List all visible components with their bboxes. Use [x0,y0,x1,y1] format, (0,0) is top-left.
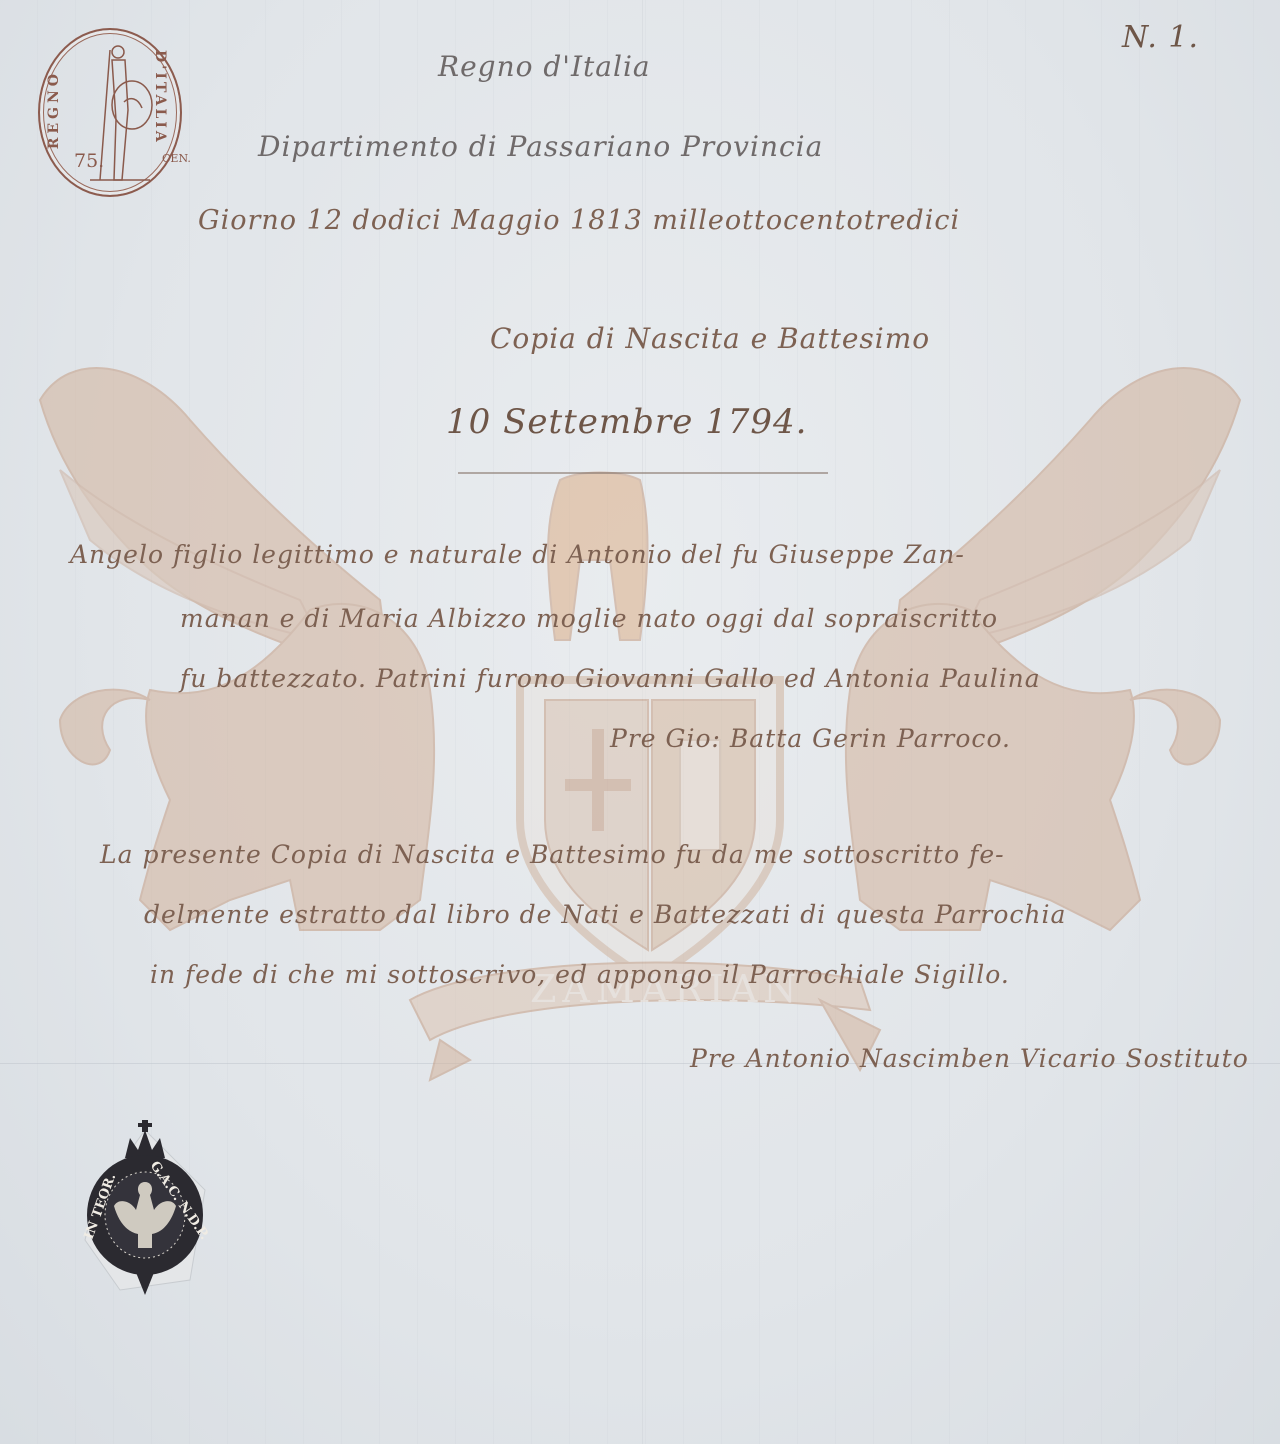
attestation-line-3: in fede di che mi sottoscrivo, ed appong… [150,960,1010,989]
stamp-legend-right: D'ITALIA [152,50,168,145]
header-department: Dipartimento di Passariano Provincia [258,130,823,163]
body-line-2: manan e di Maria Albizzo moglie nato ogg… [180,604,998,633]
divider-rule [458,472,828,474]
attestation-line-1: La presente Copia di Nascita e Battesimo… [100,840,1005,869]
parish-seal-icon: IN TEOR. G.A.C. N.D.P. [80,1120,210,1295]
header-issue-date: Giorno 12 dodici Maggio 1813 milleottoce… [198,205,960,236]
stamp-legend-left: REGNO [46,70,62,149]
document-title: Copia di Nascita e Battesimo [490,322,930,355]
document-page: ZAMARIAN REGNO D'ITALIA 75. CEN. N. 1. R… [0,0,1280,1444]
vicar-signature: Pre Antonio Nascimben Vicario Sostituto [690,1044,1249,1073]
stamp-unit: CEN. [162,152,191,165]
revenue-stamp: REGNO D'ITALIA 75. CEN. [38,28,182,197]
attestation-line-2: delmente estratto dal libro de Nati e Ba… [144,900,1066,929]
body-line-3: fu battezzato. Patrini furono Giovanni G… [180,664,1041,693]
stamp-denomination: 75. [74,150,104,172]
birth-date: 10 Settembre 1794. [446,402,807,442]
body-line-1: Angelo figlio legittimo e naturale di An… [70,540,965,569]
header-kingdom: Regno d'Italia [438,50,651,83]
page-number: N. 1. [1122,20,1199,55]
priest-signature-1: Pre Gio: Batta Gerin Parroco. [610,724,1011,753]
